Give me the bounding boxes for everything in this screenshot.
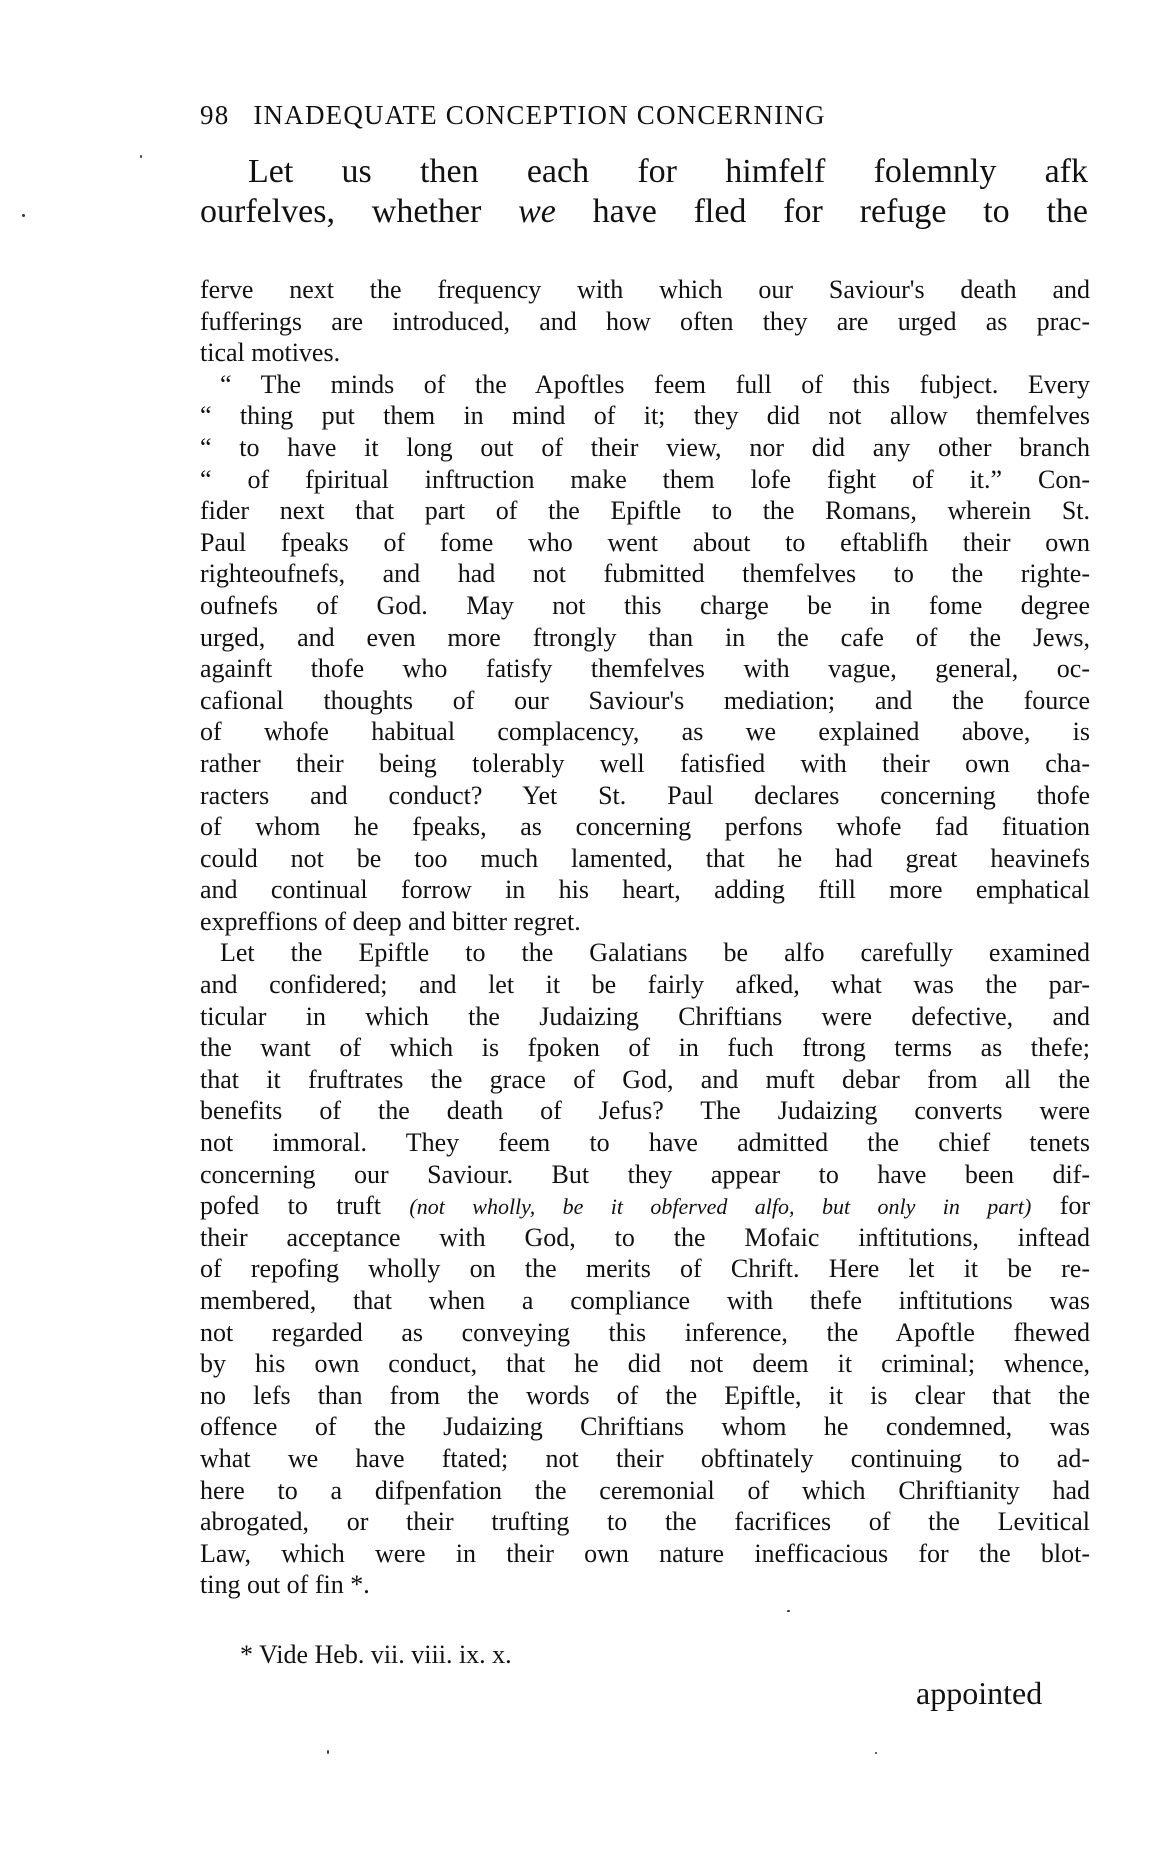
text-line: “ thing put them in mind of it; they did…: [200, 400, 1090, 432]
text-line: their acceptance with God, to the Mofaic…: [200, 1222, 1090, 1254]
body-text: ferve next the frequency with which our …: [200, 274, 1090, 1601]
running-head: 98 INADEQUATE CONCEPTION CONCERNING: [200, 100, 1040, 131]
text-line: rather their being tolerably well fatisf…: [200, 748, 1090, 780]
text-line: by his own conduct, that he did not deem…: [200, 1348, 1090, 1380]
text-line: Let the Epiftle to the Galatians be alfo…: [200, 937, 1090, 969]
paper-speck: [787, 1610, 790, 1612]
text-line: pofed to truft (not wholly, be it obferv…: [200, 1190, 1090, 1222]
text-line: offence of the Judaizing Chriftians whom…: [200, 1411, 1090, 1443]
paper-speck: [875, 1752, 877, 1754]
text-line: tical motives.: [200, 337, 1090, 369]
text-line: what we have ftated; not their obftinate…: [200, 1443, 1090, 1475]
text-line: oufnefs of God. May not this charge be i…: [200, 590, 1090, 622]
text-line: Paul fpeaks of fome who went about to ef…: [200, 527, 1090, 559]
text-line: and confidered; and let it be fairly afk…: [200, 969, 1090, 1001]
text-line: expreffions of deep and bitter regret.: [200, 906, 1090, 938]
text-line: that it fruftrates the grace of God, and…: [200, 1064, 1090, 1096]
text-line: no lefs than from the words of the Epift…: [200, 1380, 1090, 1412]
text-line: of repofing wholly on the merits of Chri…: [200, 1253, 1090, 1285]
text-line: here to a difpenfation the ceremonial of…: [200, 1475, 1090, 1507]
text-line: and continual forrow in his heart, addin…: [200, 874, 1090, 906]
text-line: ticular in which the Judaizing Chriftian…: [200, 1001, 1090, 1033]
text-line: not regarded as conveying this inference…: [200, 1317, 1090, 1349]
carry-over-line: Let us then each for himfelf folemnly af…: [200, 152, 1088, 192]
paper-speck: [22, 214, 25, 217]
page-number: 98: [200, 100, 229, 130]
text-line: Law, which were in their own nature inef…: [200, 1538, 1090, 1570]
text-line: of whom he fpeaks, as concerning perfons…: [200, 811, 1090, 843]
text-line: the want of which is fpoken of in fuch f…: [200, 1032, 1090, 1064]
text-line: fider next that part of the Epiftle to t…: [200, 495, 1090, 527]
text-line: not immoral. They feem to have admitted …: [200, 1127, 1090, 1159]
text-line: of whofe habitual complacency, as we exp…: [200, 716, 1090, 748]
running-head-title: INADEQUATE CONCEPTION CONCERNING: [253, 100, 825, 130]
text-line: abrogated, or their trufting to the facr…: [200, 1506, 1090, 1538]
text-line: benefits of the death of Jefus? The Juda…: [200, 1095, 1090, 1127]
text-line: ferve next the frequency with which our …: [200, 274, 1090, 306]
text-line: racters and conduct? Yet St. Paul declar…: [200, 780, 1090, 812]
italic-aside: (not wholly, be it obferved alfo, but on…: [409, 1194, 1031, 1219]
text-line: “ The minds of the Apoftles feem full of…: [200, 369, 1090, 401]
text-line: cafional thoughts of our Saviour's media…: [200, 685, 1090, 717]
text-line: urged, and even more ftrongly than in th…: [200, 622, 1090, 654]
paper-speck: [327, 1750, 329, 1754]
text-line: fufferings are introduced, and how often…: [200, 306, 1090, 338]
catchword: appointed: [916, 1675, 1042, 1712]
paper-speck: [140, 155, 142, 158]
carry-over-line: ourfelves, whether we have fled for refu…: [200, 192, 1088, 232]
text-line: righteoufnefs, and had not fubmitted the…: [200, 558, 1090, 590]
text-line: “ to have it long out of their view, nor…: [200, 432, 1090, 464]
carry-over-passage: Let us then each for himfelf folemnly af…: [200, 152, 1088, 232]
text-line: ting out of fin *.: [200, 1569, 1090, 1601]
text-line: againft thofe who fatisfy themfelves wit…: [200, 653, 1090, 685]
text-line: “ of fpiritual inftruction make them lof…: [200, 464, 1090, 496]
book-page: 98 INADEQUATE CONCEPTION CONCERNING Let …: [0, 0, 1152, 1856]
text-line: membered, that when a compliance with th…: [200, 1285, 1090, 1317]
text-line: concerning our Saviour. But they appear …: [200, 1159, 1090, 1191]
text-line: could not be too much lamented, that he …: [200, 843, 1090, 875]
footnote: * Vide Heb. vii. viii. ix. x.: [240, 1640, 512, 1670]
